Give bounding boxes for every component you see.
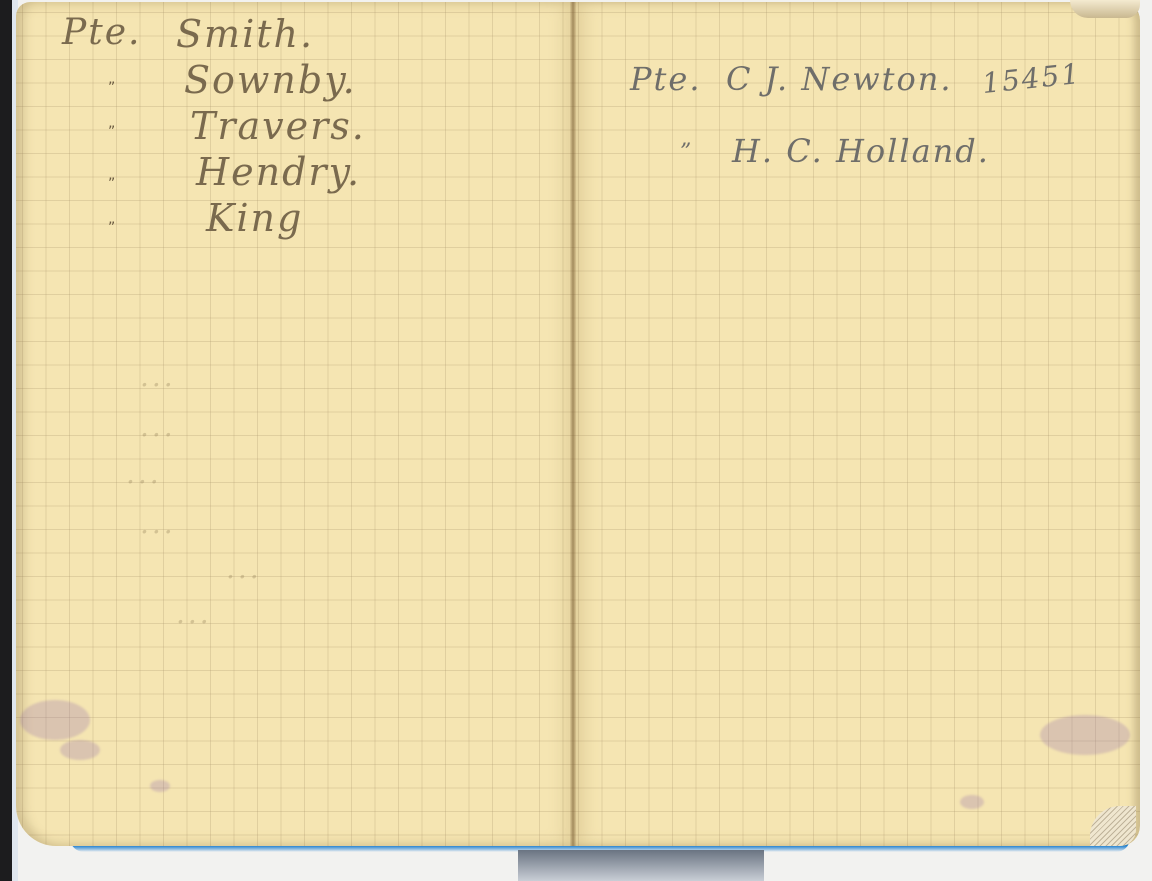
ditto-mark: ” xyxy=(108,220,115,236)
show-through-text: ... xyxy=(126,457,162,490)
show-through-text: ... xyxy=(140,360,176,393)
notebook-gutter xyxy=(570,2,576,846)
name-hendry: Hendry. xyxy=(196,150,361,194)
show-through-text: ... xyxy=(140,507,176,540)
show-through-text: ... xyxy=(140,410,176,443)
entry-2-prefix: ” xyxy=(680,140,693,165)
ditto-mark: ” xyxy=(108,176,115,192)
name-smith: Smith. xyxy=(176,12,314,56)
entry-1-prefix: Pte. xyxy=(630,60,702,98)
show-through-text: ... xyxy=(226,552,262,585)
name-king: King xyxy=(206,196,303,240)
entry-1-name: C J. Newton. xyxy=(726,60,953,98)
scanner-stand xyxy=(518,850,764,881)
top-corner-curl xyxy=(1070,0,1140,18)
show-through-text: ... xyxy=(176,597,212,630)
ink-stain xyxy=(960,795,984,809)
ink-stain xyxy=(1040,715,1130,755)
ditto-mark: ” xyxy=(108,80,115,96)
scanner-edge-dark xyxy=(0,0,12,881)
rank-label: Pte. xyxy=(62,12,141,53)
name-travers: Travers. xyxy=(190,104,366,148)
ink-stain xyxy=(150,780,170,792)
ink-stain xyxy=(20,700,90,740)
ink-stain xyxy=(60,740,100,760)
name-sownby: Sownby. xyxy=(184,58,357,102)
entry-2-name: H. C. Holland. xyxy=(732,132,990,170)
ditto-mark: ” xyxy=(108,124,115,140)
